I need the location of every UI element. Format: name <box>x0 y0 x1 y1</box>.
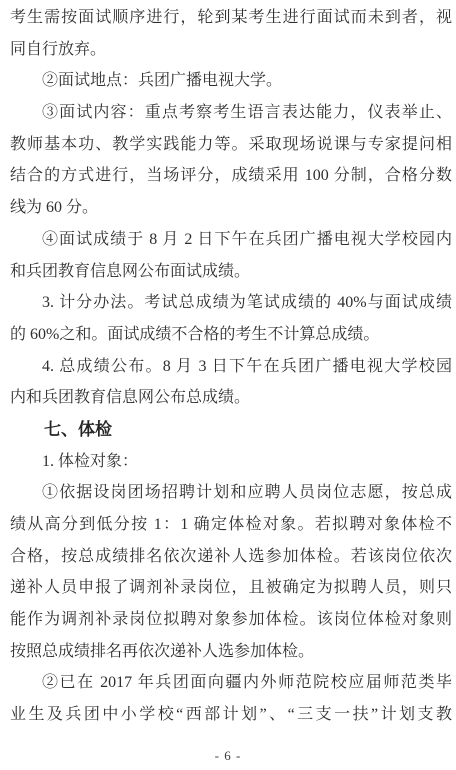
text-line: 内和兵团教育信息网公布总成绩。 <box>10 382 452 414</box>
text-line: 递补人员申报了调剂补录岗位，且被确定为拟聘人员，则只 <box>10 572 452 604</box>
text-line: ②已在 2017 年兵团面向疆内外师范院校应届师范类毕 <box>10 667 452 699</box>
text-line: 同自行放弃。 <box>10 34 452 66</box>
text-line: 考生需按面试顺序进行，轮到某考生进行面试而未到者，视 <box>10 2 452 34</box>
document-page: 考生需按面试顺序进行，轮到某考生进行面试而未到者，视 同自行放弃。 ②面试地点：… <box>0 0 456 770</box>
text-line: 教师基本功、教学实践能力等。采取现场说课与专家提问相 <box>10 129 452 161</box>
text-line: 按照总成绩排名再依次递补人选参加体检。 <box>10 636 452 668</box>
text-line: 和兵团教育信息网公布面试成绩。 <box>10 256 452 288</box>
document-body: 考生需按面试顺序进行，轮到某考生进行面试而未到者，视 同自行放弃。 ②面试地点：… <box>10 2 452 731</box>
text-line: 业生及兵团中小学校“西部计划”、“三支一扶”计划支教 <box>10 699 452 731</box>
text-line: ①依据设岗团场招聘计划和应聘人员岗位志愿，按总成 <box>10 477 452 509</box>
text-line: 合格，按总成绩排名依次递补人选参加体检。若该岗位依次 <box>10 541 452 573</box>
text-line: 能作为调剂补录岗位拟聘对象参加体检。该岗位体检对象则 <box>10 604 452 636</box>
text-line: 1. 体检对象： <box>10 446 452 478</box>
page-number: - 6 - <box>0 748 456 764</box>
text-line: ③面试内容：重点考察考生语言表达能力，仪表举止、 <box>10 97 452 129</box>
text-line: 4. 总成绩公布。8 月 3 日下午在兵团广播电视大学校园 <box>10 351 452 383</box>
text-line: 的 60%之和。面试成绩不合格的考生不计算总成绩。 <box>10 319 452 351</box>
text-line: 绩从高分到低分按 1：1 确定体检对象。若拟聘对象体检不 <box>10 509 452 541</box>
text-line: 结合的方式进行，当场评分，成绩采用 100 分制，合格分数 <box>10 160 452 192</box>
text-line: ④面试成绩于 8 月 2 日下午在兵团广播电视大学校园内 <box>10 224 452 256</box>
text-line: 3. 计分办法。考试总成绩为笔试成绩的 40%与面试成绩 <box>10 287 452 319</box>
text-line: 线为 60 分。 <box>10 192 452 224</box>
section-heading: 七、体检 <box>10 414 452 446</box>
text-line: ②面试地点：兵团广播电视大学。 <box>10 65 452 97</box>
